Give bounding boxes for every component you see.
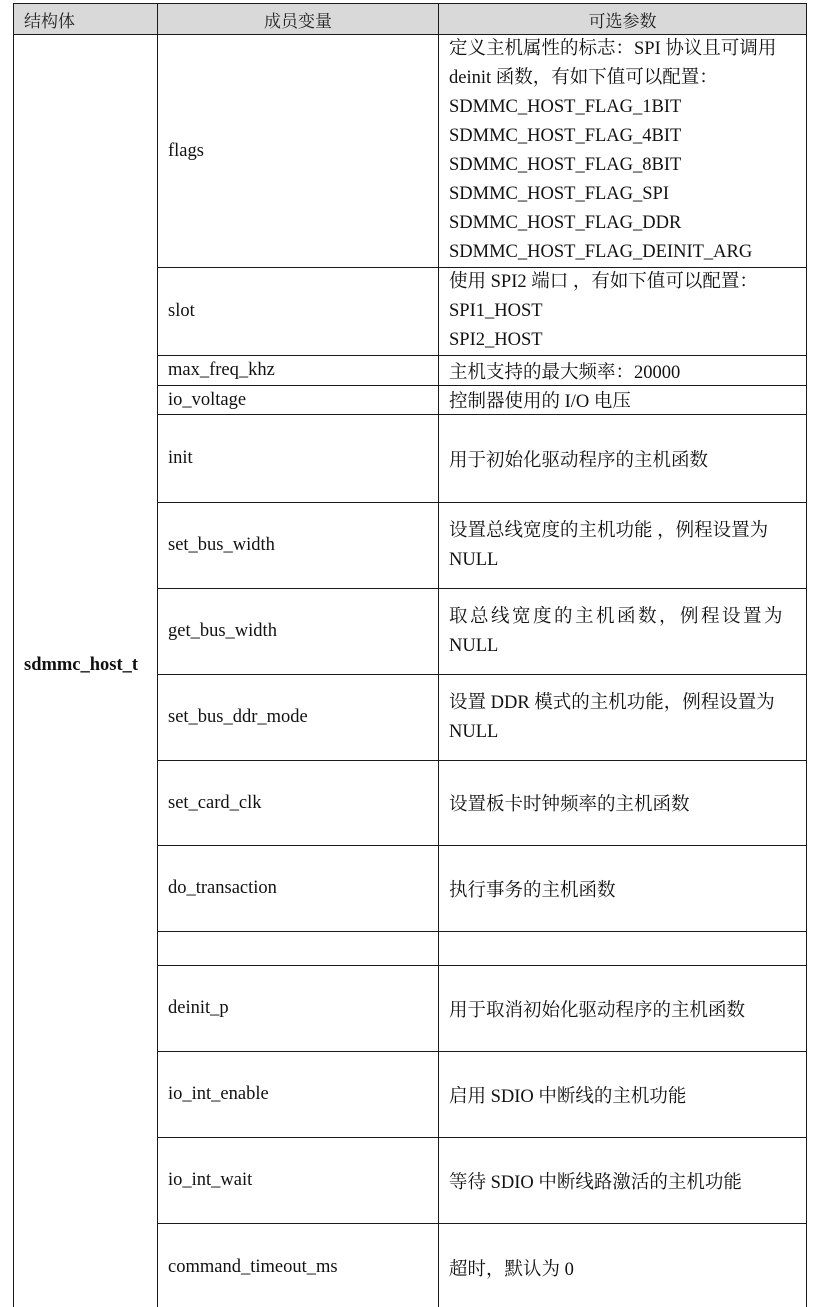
struct-member-table: 结构体 成员变量 可选参数 sdmmc_host_t flags 定义主机属性的… (13, 3, 807, 1307)
header-member: 成员变量 (158, 4, 439, 35)
member-cell: set_bus_ddr_mode (158, 675, 439, 761)
table-row: sdmmc_host_t flags 定义主机属性的标志：SPI 协议且可调用 … (14, 35, 807, 268)
member-cell: get_bus_width (158, 589, 439, 675)
description-cell: 超时，默认为 0 (439, 1224, 807, 1307)
member-cell: io_voltage (158, 386, 439, 415)
flag-value: SDMMC_HOST_FLAG_DDR (449, 209, 796, 238)
header-struct: 结构体 (14, 4, 158, 35)
description-line: 定义主机属性的标志：SPI 协议且可调用 (449, 35, 796, 64)
description-line: 用于初始化驱动程序的主机函数 (449, 446, 796, 472)
description-line: 使用 SPI2 端口 ，有如下值可以配置： (449, 268, 796, 297)
member-cell: io_int_enable (158, 1052, 439, 1138)
description-line: 启用 SDIO 中断线的主机功能 (449, 1082, 796, 1108)
description-line: 设置 DDR 模式的主机功能，例程设置为 (449, 689, 796, 718)
description-line: 执行事务的主机函数 (449, 876, 796, 902)
member-cell: io_int_wait (158, 1138, 439, 1224)
description-line: NULL (449, 546, 796, 575)
description-cell: 设置总线宽度的主机功能 ，例程设置为 NULL (439, 503, 807, 589)
flag-value: SDMMC_HOST_FLAG_1BIT (449, 93, 796, 122)
description-cell: 控制器使用的 I/O 电压 (439, 386, 807, 415)
description-cell: 用于取消初始化驱动程序的主机函数 (439, 966, 807, 1052)
member-cell: init (158, 415, 439, 503)
member-cell (158, 932, 439, 966)
description-cell: 启用 SDIO 中断线的主机功能 (439, 1052, 807, 1138)
member-cell: set_card_clk (158, 761, 439, 846)
flag-value: SDMMC_HOST_FLAG_DEINIT_ARG (449, 238, 796, 267)
description-line: NULL (449, 632, 796, 661)
slot-value: SPI1_HOST (449, 297, 796, 326)
description-line: 主机支持的最大频率：20000 (449, 358, 796, 384)
flag-value: SDMMC_HOST_FLAG_8BIT (449, 151, 796, 180)
description-cell: 用于初始化驱动程序的主机函数 (439, 415, 807, 503)
description-cell (439, 932, 807, 966)
slot-value: SPI2_HOST (449, 326, 796, 355)
description-line: 取总线宽度的主机函数，例程设置为 (449, 603, 796, 632)
member-cell: slot (158, 268, 439, 356)
member-cell: flags (158, 35, 439, 268)
description-line: deinit 函数，有如下值可以配置： (449, 64, 796, 93)
description-cell: 取总线宽度的主机函数，例程设置为 NULL (439, 589, 807, 675)
header-options: 可选参数 (439, 4, 807, 35)
description-cell: 设置板卡时钟频率的主机函数 (439, 761, 807, 846)
struct-name: sdmmc_host_t (24, 655, 138, 675)
table-header-row: 结构体 成员变量 可选参数 (14, 4, 807, 35)
description-line: 等待 SDIO 中断线路激活的主机功能 (449, 1168, 796, 1194)
flag-value: SDMMC_HOST_FLAG_4BIT (449, 122, 796, 151)
flag-value: SDMMC_HOST_FLAG_SPI (449, 180, 796, 209)
member-cell: deinit_p (158, 966, 439, 1052)
description-line: 控制器使用的 I/O 电压 (449, 387, 796, 413)
struct-name-cell: sdmmc_host_t (14, 35, 158, 1307)
description-cell: 设置 DDR 模式的主机功能，例程设置为 NULL (439, 675, 807, 761)
description-cell: 主机支持的最大频率：20000 (439, 356, 807, 386)
description-line: 设置总线宽度的主机功能 ，例程设置为 (449, 517, 796, 546)
description-cell: 使用 SPI2 端口 ，有如下值可以配置： SPI1_HOST SPI2_HOS… (439, 268, 807, 356)
member-cell: do_transaction (158, 846, 439, 932)
member-cell: max_freq_khz (158, 356, 439, 386)
description-cell: 定义主机属性的标志：SPI 协议且可调用 deinit 函数，有如下值可以配置：… (439, 35, 807, 268)
description-line: NULL (449, 718, 796, 747)
description-line: 用于取消初始化驱动程序的主机函数 (449, 996, 796, 1022)
description-cell: 执行事务的主机函数 (439, 846, 807, 932)
member-cell: set_bus_width (158, 503, 439, 589)
description-line: 设置板卡时钟频率的主机函数 (449, 790, 796, 816)
member-cell: command_timeout_ms (158, 1224, 439, 1307)
description-cell: 等待 SDIO 中断线路激活的主机功能 (439, 1138, 807, 1224)
description-line: 超时，默认为 0 (449, 1255, 796, 1281)
